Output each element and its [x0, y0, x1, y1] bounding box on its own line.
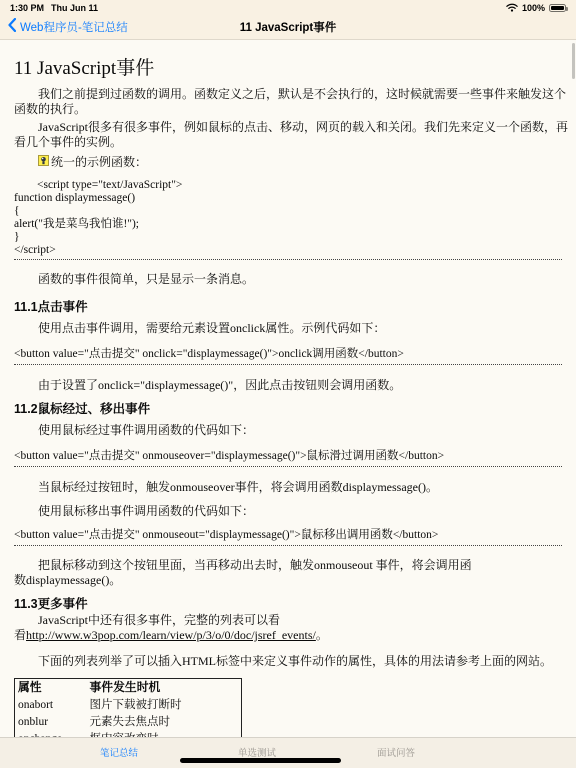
paragraph-mouseout-note: 把鼠标移动到这个按钮里面，当再移动出去时，触发onmouseout 事件，将会调…	[14, 558, 562, 588]
code-line: <script type="text/JavaScript">	[14, 179, 562, 192]
section-heading-11-3: 11.3更多事件	[14, 597, 562, 611]
tip-label: 统一的示例函数：	[51, 155, 147, 170]
code-line: }	[14, 231, 562, 244]
nav-bar: Web程序员-笔记总结 11 JavaScript事件	[0, 14, 576, 39]
section-heading-11-2: 11.2鼠标经过、移出事件	[14, 402, 562, 416]
bottom-tab-bar: 笔记总结 单选测试 面试问答	[0, 737, 576, 768]
paragraph-simple-message: 函数的事件很简单，只是显示一条消息。	[14, 272, 562, 287]
battery-percent: 100%	[522, 3, 545, 13]
paragraph-mouseout-intro: 使用鼠标移出事件调用函数的代码如下：	[14, 504, 562, 519]
events-attribute-table: 属性 事件发生时机 onabort 图片下载被打断时 onblur 元素失去焦点…	[14, 678, 242, 737]
battery-icon	[549, 4, 566, 13]
status-time: 1:30 PM	[10, 3, 44, 13]
tip-row: 统一的示例函数：	[14, 155, 562, 170]
tab-single-choice-test[interactable]: 单选测试	[238, 745, 276, 759]
scroll-indicator[interactable]	[572, 43, 575, 79]
back-button[interactable]: Web程序员-笔记总结	[8, 18, 128, 35]
section-heading-11-1: 11.1点击事件	[14, 300, 562, 314]
events-list-link[interactable]: http://www.w3pop.com/learn/view/p/3/o/0/…	[26, 628, 316, 642]
table-header-timing: 事件发生时机	[87, 679, 242, 697]
paragraph-mouseover-note: 当鼠标经过按钮时，触发onmouseover事件，将会调用函数displayme…	[14, 480, 562, 495]
paragraph-onclick-note: 由于设置了onclick="displaymessage()"，因此点击按钮则会…	[14, 378, 562, 393]
code-line-onmouseover: <button value="点击提交" onmouseover="displa…	[14, 450, 562, 467]
table-cell: onabort	[15, 696, 87, 713]
table-cell: 图片下载被打断时	[87, 696, 242, 713]
tab-interview-qa[interactable]: 面试问答	[377, 745, 415, 759]
paragraph-table-intro: 下面的列表列举了可以插入HTML标签中来定义事件动作的属性，具体的用法请参考上面…	[14, 654, 562, 669]
page-title: 11 JavaScript事件	[240, 19, 337, 35]
wifi-icon	[506, 3, 518, 14]
table-row: onblur 元素失去焦点时	[15, 714, 242, 731]
back-label[interactable]: Web程序员-笔记总结	[20, 19, 128, 35]
chevron-left-icon	[8, 18, 16, 35]
code-line: function displaymessage()	[14, 192, 562, 205]
home-indicator[interactable]	[180, 758, 341, 763]
top-chrome: 1:30 PM Thu Jun 11 100% W	[0, 0, 576, 40]
paragraph-more-events: JavaScript中还有很多事件，完整的列表可以看 看http://www.w…	[14, 613, 562, 643]
code-line: alert("我是菜鸟我怕谁!");	[14, 218, 562, 231]
paragraph-intro-2: JavaScript很多有很多事件，例如鼠标的点击、移动，网页的载入和关闭。我们…	[14, 120, 562, 150]
status-bar: 1:30 PM Thu Jun 11 100%	[0, 0, 576, 14]
doc-heading-1: 11 JavaScript事件	[14, 57, 562, 81]
table-row: onabort 图片下载被打断时	[15, 696, 242, 713]
table-header-row: 属性 事件发生时机	[15, 679, 242, 697]
code-block-script: <script type="text/JavaScript"> function…	[14, 179, 562, 260]
paragraph-intro-1: 我们之前提到过函数的调用。函数定义之后，默认是不会执行的，这时候就需要一些事件来…	[14, 87, 562, 117]
paragraph-onclick-intro: 使用点击事件调用，需要给元素设置onclick属性。示例代码如下：	[14, 321, 562, 336]
status-date: Thu Jun 11	[51, 3, 98, 13]
paragraph-mouseover-intro: 使用鼠标经过事件调用函数的代码如下：	[14, 423, 562, 438]
tab-notes-summary[interactable]: 笔记总结	[100, 745, 138, 759]
code-line: </script>	[14, 244, 562, 257]
code-line-onclick: <button value="点击提交" onclick="displaymes…	[14, 348, 562, 365]
document-content: 11 JavaScript事件 我们之前提到过函数的调用。函数定义之后，默认是不…	[0, 40, 576, 737]
lamp-tip-icon	[38, 155, 49, 170]
table-cell: onblur	[15, 714, 87, 731]
table-cell: 元素失去焦点时	[87, 714, 242, 731]
code-line-onmouseout: <button value="点击提交" onmouseout="display…	[14, 529, 562, 546]
table-header-attr: 属性	[15, 679, 87, 697]
code-line: {	[14, 205, 562, 218]
